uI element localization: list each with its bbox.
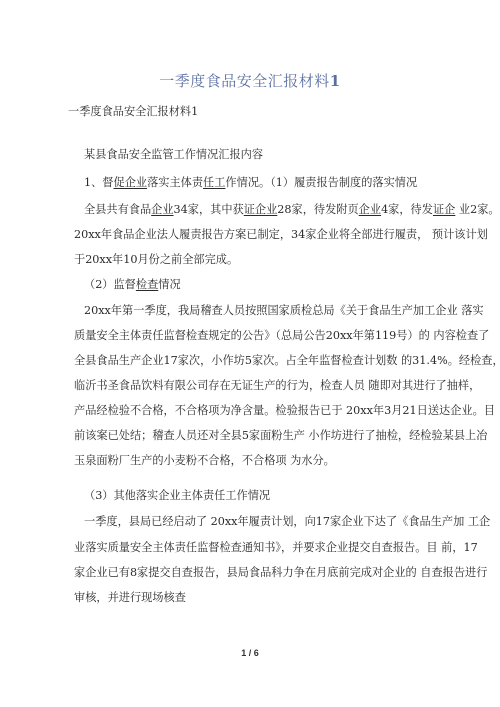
section-heading: 某县食品安全监管工作情况汇报内容 — [84, 148, 263, 162]
para-1-line-2: 20xx年食品企业法人履责报告方案已制定，34家企业将全部进行履责， 预计该计划 — [74, 228, 488, 242]
underlined-text: 检查 — [136, 278, 158, 291]
para-1-line-3: 于20xx年10月份之前全部完成。 — [74, 253, 238, 267]
section-1-heading: 1、督促企业落实主体责任工作情况。（1）履责报告制度的落实情况 — [84, 176, 417, 190]
underlined-text: 企业 — [151, 203, 173, 216]
text: 28家，待发附页 — [277, 203, 358, 216]
text: 作情况。（1）履责报告制度的落实情况 — [225, 176, 417, 189]
text: 情况 — [158, 278, 180, 291]
text: 落实主体责 — [147, 176, 203, 189]
document-title: 一季度食品安全汇报材料1 — [0, 70, 500, 91]
underlined-text: 促企业 — [114, 176, 148, 189]
title-number: 1 — [330, 72, 341, 90]
subtitle: 一季度食品安全汇报材料1 — [68, 105, 198, 119]
para-2-line-7: 玉泉面粉厂生产的小麦粉不合格，不合格项 为水分。 — [74, 454, 335, 468]
para-2-line-5: 产品经检验不合格，不合格项为净含量。检验报告已于 20xx年3月21日送达企业。… — [74, 404, 495, 418]
text: 业2家。 — [455, 203, 499, 216]
title-text: 一季度食品安全汇报材料 — [159, 72, 330, 90]
para-3-line-4: 审核，并进行现场核查 — [74, 591, 186, 605]
page-indicator: 1 / 6 — [0, 648, 500, 658]
para-3-line-3: 家企业已有8家提交自查报告，县局食品科力争在月底前完成对企业的 自查报告进行 — [74, 566, 487, 580]
para-2-line-6: 前该案已处结；稽查人员还对全县5家面粉生产 小作坊进行了抽检，经检验某县上冶 — [74, 429, 487, 443]
text: 1、督 — [84, 176, 114, 189]
text: 4家，待发 — [381, 203, 433, 216]
para-1-line-1: 全县共有食品企业34家，其中获证企业28家，待发附页企业4家，待发证企 业2家。 — [84, 203, 500, 217]
para-3-line-1: 一季度，县局已经启动了 20xx年履责计划，向17家企业下达了《食品生产加 工企 — [84, 515, 490, 529]
para-2-line-4: 临沂书圣食品饮料有限公司存在无证生产的行为，检查人员 随即对其进行了抽样， — [74, 379, 480, 393]
underlined-text: 证企 — [433, 203, 455, 216]
para-2-line-1: 20xx年第一季度，我局稽查人员按照国家质检总局《关于食品生产加工企业 落实 — [84, 304, 484, 318]
para-3-line-2: 业落实质量安全主体责任监督检查通知书》，并要求企业提交自查报告。目 前，17 — [74, 541, 478, 555]
para-2-line-2: 质量安全主体责任监督检查规定的公告》（总局公告20xx年第119号）的 内容检查… — [74, 329, 489, 343]
underlined-text: 任工 — [203, 176, 225, 189]
underlined-text: 证企业 — [244, 203, 278, 216]
text: 全县共有食品 — [84, 203, 151, 216]
text: 34家，其中获 — [174, 203, 244, 216]
underlined-text: 企业 — [359, 203, 381, 216]
section-2-heading: （2）监督检查情况 — [84, 278, 181, 292]
text: （2）监督 — [84, 278, 136, 291]
section-3-heading: （3）其他落实企业主体责任工作情况 — [84, 489, 270, 503]
document-page: 一季度食品安全汇报材料1 一季度食品安全汇报材料1 某县食品安全监管工作情况汇报… — [0, 0, 500, 707]
para-2-line-3: 全县食品生产企业17家次，小作坊5家次。占全年监督检查计划数 的31.4%。经检… — [74, 354, 500, 368]
